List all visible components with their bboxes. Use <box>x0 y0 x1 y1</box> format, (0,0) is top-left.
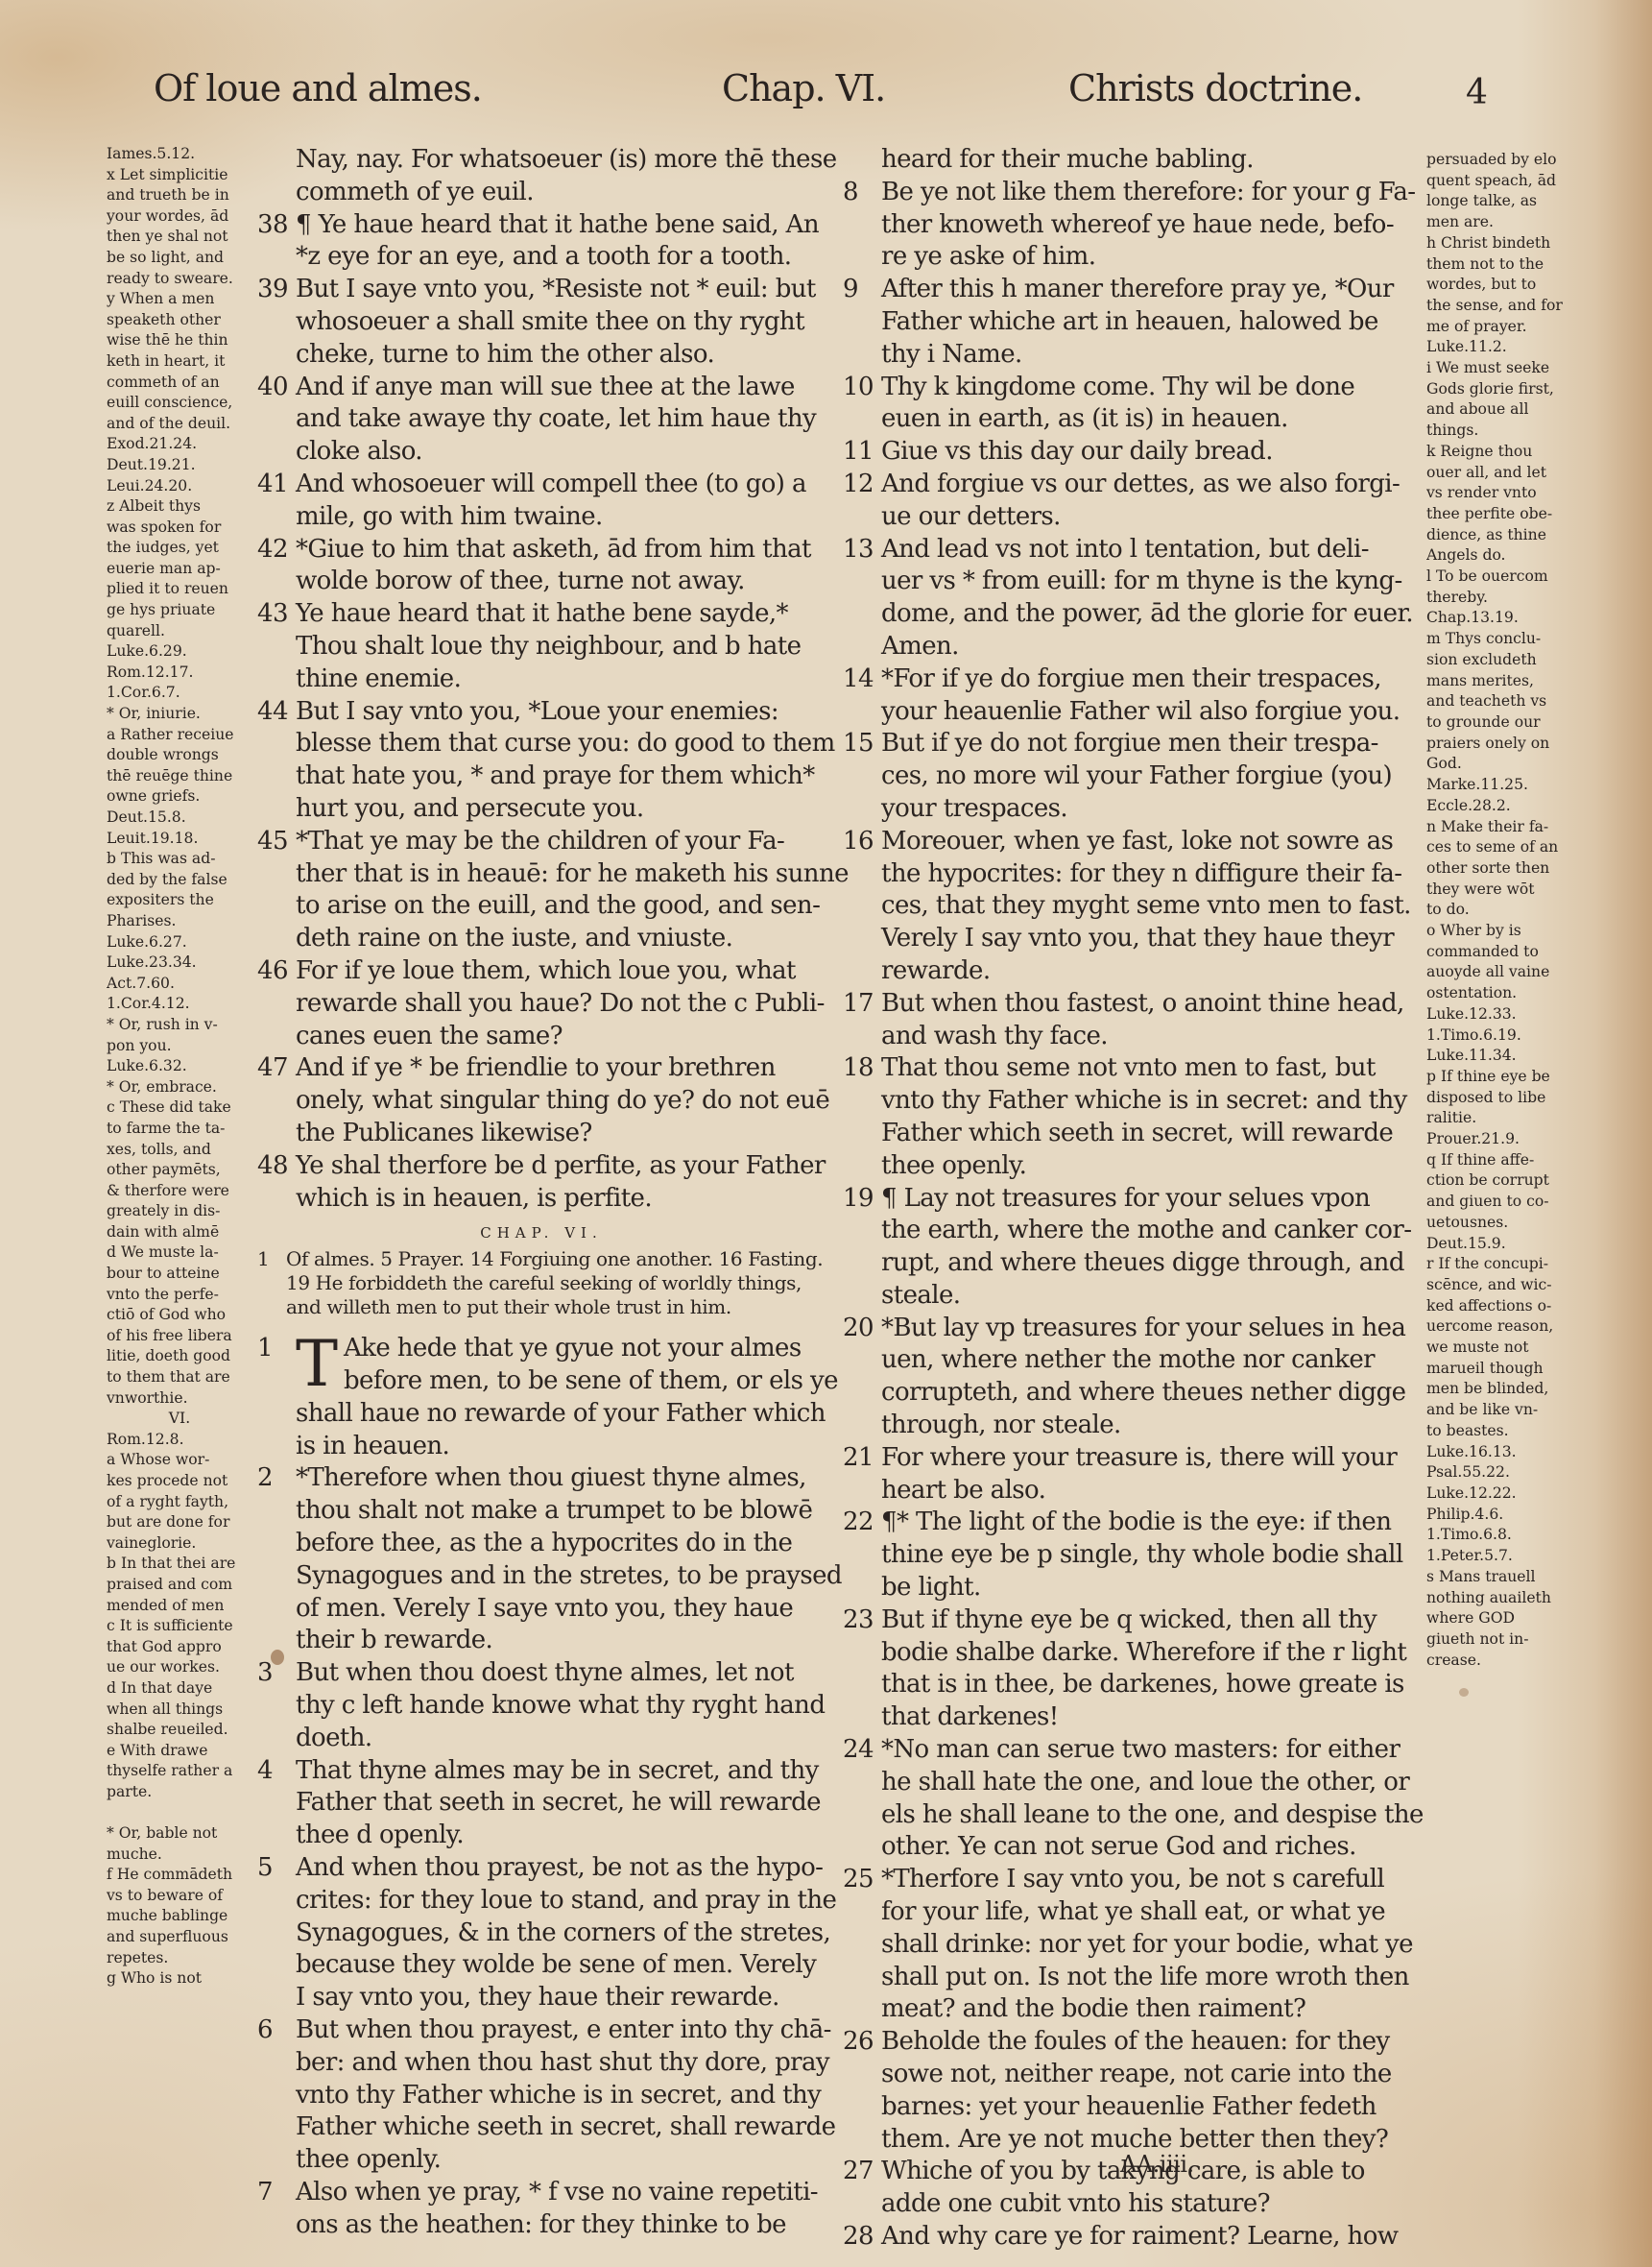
margin-note-line: muche. <box>107 1845 252 1866</box>
margin-note-line: and teacheth vs <box>1426 691 1570 712</box>
margin-note-line: nothing auaileth <box>1426 1588 1570 1609</box>
verse-line: ¶* The light of the bodie is the eye: if… <box>881 1507 1417 1539</box>
verse-line: be light. <box>881 1572 1417 1604</box>
verse-line: ther that is in heauē: for he maketh his… <box>296 858 826 891</box>
verse-line: *z eye for an eye, and a tooth for a too… <box>296 241 826 274</box>
margin-note-line: Philip.4.6. <box>1426 1505 1570 1526</box>
margin-note-line: Act.7.60. <box>107 974 252 995</box>
margin-note-line: God. <box>1426 754 1570 775</box>
verse-1: 1 T Ake hede that ye gyue not your almes… <box>257 1333 826 1462</box>
margin-note-line: Luke.23.34. <box>107 953 252 974</box>
verse-line: euen in earth, as (it is) in heauen. <box>881 403 1417 436</box>
margin-note-line: crease. <box>1426 1651 1570 1672</box>
verse-number: 10 <box>843 372 877 404</box>
margin-note-line: 1.Timo.6.8. <box>1426 1525 1570 1546</box>
verse-line: blesse them that curse you: do good to t… <box>296 728 826 760</box>
verse-line: corrupteth, and where theues nether digg… <box>881 1377 1417 1410</box>
summary-number: 1 <box>257 1247 292 1271</box>
margin-note-line: l To be ouercom <box>1426 567 1570 588</box>
margin-note-line: things. <box>1426 421 1570 442</box>
margin-note-line: & therfore were <box>107 1181 252 1202</box>
margin-note-line: Pharises. <box>107 911 252 932</box>
verse-line: Moreouer, when ye fast, loke not sowre a… <box>881 826 1417 858</box>
margin-note-line: repetes. <box>107 1948 252 1969</box>
margin-note-line: a Rather receiue <box>107 725 252 746</box>
verse-40: 40And if anye man will sue thee at the l… <box>257 372 826 469</box>
verse-41: 41And whosoeuer will compell thee (to go… <box>257 469 826 534</box>
margin-note-line: ue our workes. <box>107 1657 252 1678</box>
verse-number: 47 <box>257 1052 292 1085</box>
margin-note-line: vaineglorie. <box>107 1533 252 1555</box>
verse-line: Thou shalt loue thy neighbour, and b hat… <box>296 631 826 663</box>
right-margin-notes: persuaded by eloquent speach, ādlonge ta… <box>1426 150 1570 1671</box>
verse-number: 13 <box>843 534 877 567</box>
verse-number: 46 <box>257 955 292 988</box>
margin-note-line: VI. <box>107 1409 252 1430</box>
verse-12: 12And forgiue vs our dettes, as we also … <box>843 469 1417 534</box>
margin-note-line: quarell. <box>107 621 252 642</box>
verse-line: And whosoeuer will compell thee (to go) … <box>296 469 826 501</box>
verse-line: ue our detters. <box>881 501 1417 534</box>
verse-16: 16Moreouer, when ye fast, loke not sowre… <box>843 826 1417 988</box>
margin-note-line: n Make their fa- <box>1426 817 1570 838</box>
verse-line: ther knoweth whereof ye haue nede, befo- <box>881 209 1417 242</box>
verse-19: 19¶ Lay not treasures for your selues vp… <box>843 1183 1417 1313</box>
margin-note-line: and superfluous <box>107 1927 252 1948</box>
book-page: Of loue and almes. Chap. VI. Christs doc… <box>0 0 1652 2267</box>
verse-line: the Publicanes likewise? <box>296 1118 826 1150</box>
verse-line: uer vs * from euill: for m thyne is the … <box>881 566 1417 598</box>
margin-note-line: dain with almē <box>107 1222 252 1243</box>
verse-line: That thyne almes may be in secret, and t… <box>296 1755 826 1788</box>
verse-continuation: heard for their muche babling. <box>843 144 1417 177</box>
margin-note-line: b This was ad- <box>107 849 252 870</box>
margin-note-line: wordes, but to <box>1426 275 1570 296</box>
margin-note-line: but are done for <box>107 1512 252 1533</box>
margin-note-line: * Or, embrace. <box>107 1077 252 1098</box>
verse-line: Also when ye pray, * f vse no vaine repe… <box>296 2177 826 2209</box>
summary-line: Of almes. 5 Prayer. 14 Forgiuing one ano… <box>286 1247 826 1271</box>
verse-line: Thy k kingdome come. Thy wil be done <box>881 372 1417 404</box>
margin-note-line: euill conscience, <box>107 393 252 414</box>
verse-15: 15But if ye do not forgiue men their tre… <box>843 728 1417 825</box>
verse-line: their b rewarde. <box>296 1625 826 1657</box>
verse-line: he shall hate the one, and loue the othe… <box>881 1767 1417 1799</box>
verse-46: 46For if ye loue them, which loue you, w… <box>257 955 826 1052</box>
verse-line: Father which seeth in secret, will rewar… <box>881 1118 1417 1150</box>
verse-line: Father whiche seeth in secret, shall rew… <box>296 2111 826 2144</box>
margin-note-line: x Let simplicitie <box>107 165 252 186</box>
verse-number: 4 <box>257 1755 292 1788</box>
margin-note-line: praiers onely on <box>1426 734 1570 755</box>
verse-42: 42*Giue to him that asketh, ād from him … <box>257 534 826 599</box>
verse-line: sowe not, neither reape, not carie into … <box>881 2059 1417 2091</box>
verse-line: ber: and when thou hast shut thy dore, p… <box>296 2047 826 2080</box>
margin-note-line: muche bablinge <box>107 1906 252 1927</box>
margin-note-line: Luke.6.27. <box>107 932 252 953</box>
verse-line: adde one cubit vnto his stature? <box>881 2188 1417 2221</box>
verse-line: through, nor steale. <box>881 1410 1417 1442</box>
verse-line: ces, no more wil your Father forgiue (yo… <box>881 760 1417 793</box>
verse-line: and take awaye thy coate, let him haue t… <box>296 403 826 436</box>
margin-note-line: kes procede not <box>107 1471 252 1492</box>
verse-line: But I saye vnto you, *Resiste not * euil… <box>296 274 826 306</box>
summary-line: and willeth men to put their whole trust… <box>286 1295 826 1319</box>
verse-line: After this h maner therefore pray ye, *O… <box>881 274 1417 306</box>
margin-note-line: vs to beware of <box>107 1886 252 1907</box>
margin-note-line: dience, as thine <box>1426 525 1570 546</box>
verse-number: 14 <box>843 663 877 696</box>
margin-note-line: Eccle.28.2. <box>1426 796 1570 817</box>
verse-number: 21 <box>843 1442 877 1475</box>
verse-number: 24 <box>843 1734 877 1767</box>
margin-note-line: thereby. <box>1426 588 1570 609</box>
verse-line: Father that seeth in secret, he will rew… <box>296 1787 826 1820</box>
margin-note-line: ready to sweare. <box>107 269 252 290</box>
verse-number: 19 <box>843 1183 877 1216</box>
margin-note-line: 1.Timo.6.19. <box>1426 1025 1570 1047</box>
verse-line: before men, to be sene of them, or els y… <box>296 1365 826 1398</box>
margin-note-line: q If thine affe- <box>1426 1150 1570 1171</box>
verse-line: vnto thy Father whiche is in secret: and… <box>881 1085 1417 1118</box>
margin-note-line: ction be corrupt <box>1426 1170 1570 1192</box>
verse-line: is in heauen. <box>296 1431 826 1463</box>
margin-note-line: where GOD <box>1426 1608 1570 1629</box>
verse-line: Ye haue heard that it hathe bene sayde,* <box>296 598 826 631</box>
verse-line: of men. Verely I saye vnto you, they hau… <box>296 1593 826 1626</box>
margin-note-line: plied it to reuen <box>107 579 252 600</box>
verse-number: 18 <box>843 1052 877 1085</box>
verse-line: And lead vs not into l tentation, but de… <box>881 534 1417 567</box>
verse-line: re ye aske of him. <box>881 241 1417 274</box>
verse-44: 44But I say vnto you, *Loue your enemies… <box>257 696 826 826</box>
verse-number: 40 <box>257 372 292 404</box>
margin-note-line: Exod.21.24. <box>107 434 252 455</box>
running-head: Of loue and almes. Chap. VI. Christs doc… <box>0 67 1652 125</box>
margin-note-line: and giuen to co- <box>1426 1192 1570 1213</box>
verse-line: ons as the heathen: for they thinke to b… <box>296 2209 826 2242</box>
verse-line: and wash thy face. <box>881 1021 1417 1053</box>
verse-number: 42 <box>257 534 292 567</box>
margin-note-line: other paymēts, <box>107 1160 252 1181</box>
verse-line: deth raine on the iuste, and vniuste. <box>296 923 826 955</box>
verse-line: because they wolde be sene of men. Verel… <box>296 1949 826 1982</box>
margin-note-line: Angels do. <box>1426 545 1570 567</box>
verse-17: 17But when thou fastest, o anoint thine … <box>843 988 1417 1053</box>
verse-number: 5 <box>257 1852 292 1885</box>
verse-line: And forgiue vs our dettes, as we also fo… <box>881 469 1417 501</box>
verse-line: your trespaces. <box>881 793 1417 826</box>
verse-number: 28 <box>843 2221 877 2254</box>
margin-note-line: them not to the <box>1426 254 1570 276</box>
verse-line: for your life, what ye shall eat, or wha… <box>881 1896 1417 1929</box>
margin-note-line: expositers the <box>107 890 252 911</box>
margin-note-line: c These did take <box>107 1097 252 1119</box>
running-head-right: Christs doctrine. <box>1068 67 1362 109</box>
margin-note-line: ge hys priuate <box>107 600 252 621</box>
verse-line: mile, go with him twaine. <box>296 501 826 534</box>
verse-line: That thou seme not vnto men to fast, but <box>881 1052 1417 1085</box>
verse-number: 41 <box>257 469 292 501</box>
margin-note-line: 1.Peter.5.7. <box>1426 1546 1570 1567</box>
verse-line: For where your treasure is, there will y… <box>881 1442 1417 1475</box>
margin-note-line: uercome reason, <box>1426 1316 1570 1338</box>
verse-45: 45*That ye may be the children of your F… <box>257 826 826 955</box>
margin-note-line: we muste not <box>1426 1338 1570 1359</box>
verse-line: *For if ye do forgiue men their trespace… <box>881 663 1417 696</box>
verse-26: 26Beholde the foules of the heauen: for … <box>843 2026 1417 2156</box>
verse-line: steale. <box>881 1280 1417 1313</box>
margin-note-line: Deut.19.21. <box>107 455 252 476</box>
margin-note-line: * Or, iniurie. <box>107 704 252 725</box>
verse-line: the hypocrites: for they n diffigure the… <box>881 858 1417 891</box>
verse-line: onely, what singular thing do ye? do not… <box>296 1085 826 1118</box>
drop-cap-initial: T <box>296 1335 337 1394</box>
margin-note-line: and aboue all <box>1426 399 1570 421</box>
verse-line: But when thou fastest, o anoint thine he… <box>881 988 1417 1021</box>
margin-note-line: o Wher by is <box>1426 921 1570 942</box>
margin-note-line: Luke.12.33. <box>1426 1004 1570 1025</box>
verse-line: cheke, turne to him the other also. <box>296 339 826 372</box>
verse-number: 7 <box>257 2177 292 2209</box>
verse-line: barnes: yet your heauenlie Father fedeth <box>881 2091 1417 2124</box>
verse-7: 7Also when ye pray, * f vse no vaine rep… <box>257 2177 826 2242</box>
margin-note-line: other sorte then <box>1426 858 1570 880</box>
verse-line: thee openly. <box>881 1150 1417 1183</box>
margin-note-line: y When a men <box>107 289 252 310</box>
verse-line: heard for their muche babling. <box>881 144 1417 177</box>
verse-line: Father whiche art in heauen, halowed be <box>881 306 1417 339</box>
verse-line: crites: for they loue to stand, and pray… <box>296 1885 826 1917</box>
margin-note-line: the iudges, yet <box>107 538 252 559</box>
margin-note-line: Iames.5.12. <box>107 144 252 165</box>
summary-line: 19 He forbiddeth the careful seeking of … <box>286 1271 826 1295</box>
verse-number: 20 <box>843 1313 877 1345</box>
verse-number: 27 <box>843 2156 877 2188</box>
verse-line: Amen. <box>881 631 1417 663</box>
verse-line: wolde borow of thee, turne not away. <box>296 566 826 598</box>
verse-line: Be ye not like them therefore: for your … <box>881 177 1417 209</box>
margin-note-line: h Christ bindeth <box>1426 233 1570 254</box>
verse-line: the earth, where the mothe and canker co… <box>881 1215 1417 1247</box>
verse-number: 45 <box>257 826 292 858</box>
verse-line: hurt you, and persecute you. <box>296 793 826 826</box>
margin-note-line: * Or, bable not <box>107 1823 252 1845</box>
verse-13: 13And lead vs not into l tentation, but … <box>843 534 1417 663</box>
verse-line: rupt, and where theues digge through, an… <box>881 1247 1417 1280</box>
verse-line: *Giue to him that asketh, ād from him th… <box>296 534 826 567</box>
verse-number: 9 <box>843 274 877 306</box>
margin-note-line: f He commādeth <box>107 1865 252 1886</box>
verse-line: that is in thee, be darkenes, howe great… <box>881 1669 1417 1701</box>
margin-note-line: thē reuēge thine <box>107 766 252 787</box>
margin-note-line: me of prayer. <box>1426 317 1570 338</box>
verse-continuation: Nay, nay. For whatsoeuer (is) more thē t… <box>257 144 826 209</box>
margin-note-line: to do. <box>1426 900 1570 921</box>
margin-note-line: and be like vn- <box>1426 1400 1570 1421</box>
verse-line: Ake hede that ye gyue not your almes <box>296 1333 826 1365</box>
running-head-chapter: Chap. VI. <box>722 67 885 109</box>
margin-note-line: z Albeit thys <box>107 496 252 518</box>
verse-line: thou shalt not make a trumpet to be blow… <box>296 1495 826 1528</box>
margin-note-line: be so light, and <box>107 248 252 269</box>
verse-line: *No man can serue two masters: for eithe… <box>881 1734 1417 1767</box>
folio-number: 4 <box>1466 73 1488 112</box>
verse-line: Beholde the foules of the heauen: for th… <box>881 2026 1417 2059</box>
verse-line: ¶ Lay not treasures for your selues vpon <box>881 1183 1417 1216</box>
verse-line: bodie shalbe darke. Wherefore if the r l… <box>881 1637 1417 1670</box>
verse-number: 16 <box>843 826 877 858</box>
margin-note-line: of a ryght fayth, <box>107 1492 252 1513</box>
margin-note-line: they were wōt <box>1426 880 1570 901</box>
margin-note-line: 1.Cor.4.12. <box>107 994 252 1015</box>
margin-note-line: to beastes. <box>1426 1421 1570 1442</box>
verse-number: 8 <box>843 177 877 209</box>
ink-stain <box>1459 1688 1469 1697</box>
left-margin-notes: Iames.5.12.x Let simplicitieand trueth b… <box>107 144 252 1990</box>
verse-number: 25 <box>843 1864 877 1896</box>
verse-line: other. Ye can not serue God and riches. <box>881 1831 1417 1864</box>
verse-21: 21For where your treasure is, there will… <box>843 1442 1417 1507</box>
verse-line: meat? and the bodie then raiment? <box>881 1993 1417 2026</box>
verse-line: thee d openly. <box>296 1820 826 1852</box>
verse-number: 2 <box>257 1462 292 1495</box>
verse-47: 47And if ye * be friendlie to your breth… <box>257 1052 826 1149</box>
margin-note-line: wise thē he thin <box>107 330 252 351</box>
margin-note-line: commanded to <box>1426 942 1570 963</box>
margin-note-line: ouer all, and let <box>1426 463 1570 484</box>
margin-note-line: Leui.24.20. <box>107 476 252 497</box>
margin-note-line: when all things <box>107 1700 252 1721</box>
margin-note-line: and trueth be in <box>107 185 252 206</box>
margin-note-line: Luke.6.29. <box>107 641 252 663</box>
verse-number: 44 <box>257 696 292 729</box>
verse-line: *Therfore I say vnto you, be not s caref… <box>881 1864 1417 1896</box>
verse-line: Synagogues and in the stretes, to be pra… <box>296 1560 826 1593</box>
verse-line: your heauenlie Father wil also forgiue y… <box>881 696 1417 729</box>
margin-note-line: xes, tolls, and <box>107 1140 252 1161</box>
verse-number: 17 <box>843 988 877 1021</box>
verse-line: shall put on. Is not the life more wroth… <box>881 1962 1417 1994</box>
margin-note-line: that God appro <box>107 1637 252 1658</box>
verse-line: Ye shal therfore be d perfite, as your F… <box>296 1150 826 1183</box>
verse-line: thine enemie. <box>296 663 826 696</box>
verse-line: heart be also. <box>881 1475 1417 1507</box>
margin-note-line: keth in heart, it <box>107 351 252 373</box>
verse-line: canes euen the same? <box>296 1021 826 1053</box>
margin-note-line: greately in dis- <box>107 1201 252 1222</box>
margin-note-line: quent speach, ād <box>1426 171 1570 192</box>
verse-11: 11Giue vs this day our daily bread. <box>843 436 1417 469</box>
verse-line: cloke also. <box>296 436 826 469</box>
margin-note-line: ctiō of God who <box>107 1305 252 1326</box>
margin-note-line: Leuit.19.18. <box>107 829 252 850</box>
margin-note-line: ostentation. <box>1426 983 1570 1004</box>
verse-line: ces, that they myght seme vnto men to fa… <box>881 890 1417 923</box>
verse-line: commeth of ye euil. <box>296 177 826 209</box>
margin-note-line: mans merites, <box>1426 671 1570 692</box>
margin-note-line: Luke.6.32. <box>107 1056 252 1077</box>
margin-note-line: vs render vnto <box>1426 483 1570 504</box>
running-head-left: Of loue and almes. <box>154 67 482 109</box>
verse-25: 25*Therfore I say vnto you, be not s car… <box>843 1864 1417 2026</box>
margin-note-line: pon you. <box>107 1036 252 1057</box>
verse-line: which is in heauen, is perfite. <box>296 1183 826 1216</box>
margin-note-line: was spoken for <box>107 518 252 539</box>
verse-line: Synagogues, & in the corners of the stre… <box>296 1917 826 1950</box>
margin-note-line: double wrongs <box>107 745 252 766</box>
right-text-column: heard for their muche babling.8Be ye not… <box>843 144 1417 2254</box>
verse-number: 43 <box>257 598 292 631</box>
verse-number: 26 <box>843 2026 877 2059</box>
margin-note-line: thyselfe rather a <box>107 1761 252 1782</box>
verse-22: 22¶* The light of the bodie is the eye: … <box>843 1507 1417 1604</box>
margin-note-line: men are. <box>1426 212 1570 233</box>
margin-note-line: Marke.11.25. <box>1426 775 1570 796</box>
verse-line: thy i Name. <box>881 339 1417 372</box>
verse-number: 38 <box>257 209 292 242</box>
margin-note-line: marueil though <box>1426 1359 1570 1380</box>
verse-number: 48 <box>257 1150 292 1183</box>
margin-note-line: Deut.15.8. <box>107 808 252 829</box>
verse-18: 18That thou seme not vnto men to fast, b… <box>843 1052 1417 1182</box>
margin-note-line: then ye shal not <box>107 227 252 248</box>
margin-note-line: commeth of an <box>107 373 252 394</box>
margin-note-line <box>107 1803 252 1824</box>
verse-line: thy c left hande knowe what thy ryght ha… <box>296 1690 826 1723</box>
verse-line: And if ye * be friendlie to your brethre… <box>296 1052 826 1085</box>
verse-43: 43Ye haue heard that it hathe bene sayde… <box>257 598 826 695</box>
verse-line: dome, and the power, ād the glorie for e… <box>881 598 1417 631</box>
verse-line: But if thyne eye be q wicked, then all t… <box>881 1604 1417 1637</box>
verse-number: 1 <box>257 1333 292 1365</box>
verse-6: 6But when thou prayest, e enter into thy… <box>257 2014 826 2177</box>
ink-stain <box>271 1650 284 1665</box>
verse-number: 15 <box>843 728 877 760</box>
margin-note-line: 1.Cor.6.7. <box>107 683 252 704</box>
margin-note-line: persuaded by elo <box>1426 150 1570 171</box>
margin-note-line: owne griefs. <box>107 786 252 808</box>
verse-line: Giue vs this day our daily bread. <box>881 436 1417 469</box>
verse-number: 6 <box>257 2014 292 2047</box>
left-text-column: Nay, nay. For whatsoeuer (is) more thē t… <box>257 144 826 2242</box>
verse-line: that darkenes! <box>881 1701 1417 1734</box>
verse-line: ¶ Ye haue heard that it hathe bene said,… <box>296 209 826 242</box>
verse-line: shall haue no rewarde of your Father whi… <box>296 1398 826 1431</box>
margin-note-line: your wordes, ād <box>107 206 252 228</box>
margin-note-line: longe talke, as <box>1426 191 1570 212</box>
margin-note-line: k Reigne thou <box>1426 442 1570 463</box>
margin-note-line: Luke.16.13. <box>1426 1442 1570 1463</box>
verse-number: 12 <box>843 469 877 501</box>
verse-line: I say vnto you, they haue their rewarde. <box>296 1982 826 2014</box>
chapter-summary: 1 Of almes. 5 Prayer. 14 Forgiuing one a… <box>257 1247 826 1319</box>
verse-24: 24*No man can serue two masters: for eit… <box>843 1734 1417 1864</box>
margin-note-line: b In that thei are <box>107 1554 252 1575</box>
verse-9: 9After this h maner therefore pray ye, *… <box>843 274 1417 371</box>
margin-note-line: giueth not in- <box>1426 1629 1570 1651</box>
signature-mark: AA.iiii. <box>1120 2151 1194 2178</box>
verse-20: 20*But lay vp treasures for your selues … <box>843 1313 1417 1442</box>
verse-line: But when thou doest thyne almes, let not <box>296 1657 826 1690</box>
margin-note-line: Rom.12.8. <box>107 1430 252 1451</box>
margin-note-line: Prouer.21.9. <box>1426 1129 1570 1150</box>
margin-note-line: Deut.15.9. <box>1426 1234 1570 1255</box>
margin-note-line: the sense, and for <box>1426 296 1570 317</box>
verse-line: thee openly. <box>296 2144 826 2177</box>
margin-note-line: ded by the false <box>107 870 252 891</box>
verse-line: *But lay vp treasures for your selues in… <box>881 1313 1417 1345</box>
